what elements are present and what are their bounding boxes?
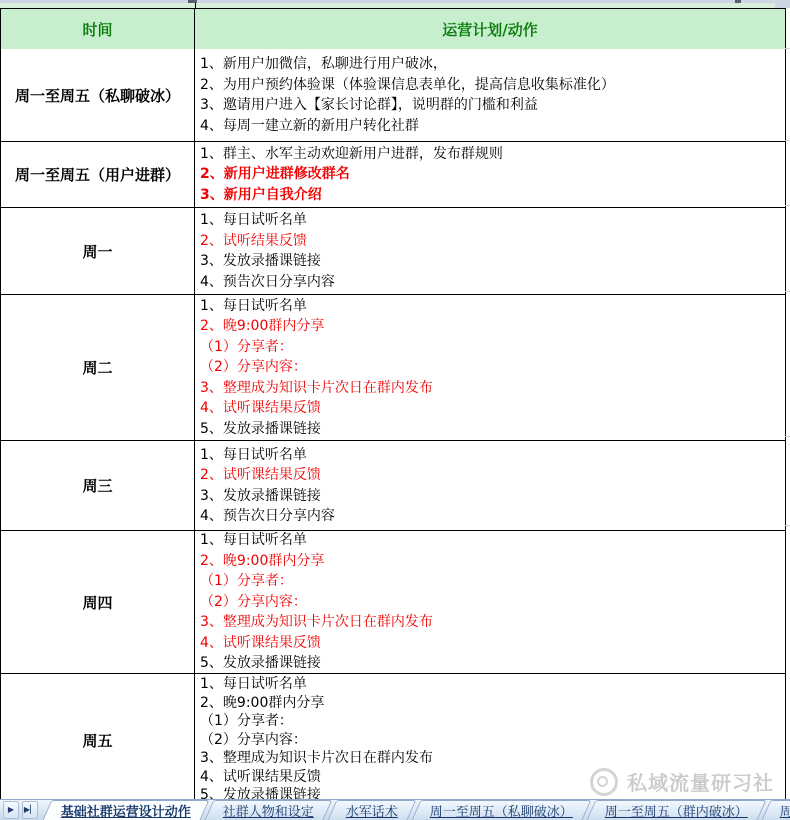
sheet-tab-label: 周一至周五（私聊破冰）	[430, 801, 573, 820]
time-cell[interactable]: 周四	[1, 531, 195, 673]
sheet-tab-label: 周一至周五（群内破冰）	[605, 801, 748, 820]
spreadsheet-top-edge	[0, 0, 790, 8]
plan-line: 2、为用户预约体验课（体验课信息表单化，提高信息收集标准化）	[200, 75, 781, 96]
swirl-logo-icon	[590, 768, 618, 796]
header-cell-plan[interactable]: 运营计划/动作	[195, 9, 785, 49]
gridline-tick	[785, 525, 790, 526]
plan-line: 3、发放录播课链接	[200, 486, 781, 507]
gridline-tick	[785, 140, 790, 141]
time-cell[interactable]: 周三	[1, 441, 195, 530]
plan-line: 5、发放录播课链接	[200, 653, 781, 673]
plan-line: 2、试听结果反馈	[200, 231, 781, 252]
gridline-tick	[785, 291, 790, 292]
plan-cell[interactable]: 1、每日试听名单2、晚9:00群内分享（1）分享者：（2）分享内容：3、整理成为…	[195, 531, 785, 673]
plan-cell[interactable]: 1、新用户加微信，私聊进行用户破冰，2、为用户预约体验课（体验课信息表单化，提高…	[195, 49, 785, 141]
plan-line: 4、预告次日分享内容	[200, 272, 781, 293]
sheet-tab[interactable]: 周一至周五（群内破冰）	[587, 800, 767, 820]
plan-line: 4、试听课结果反馈	[200, 398, 781, 419]
top-gray-band	[0, 0, 790, 3]
plan-line: 3、整理成为知识卡片次日在群内发布	[200, 749, 781, 768]
plan-line: 1、每日试听名单	[200, 531, 781, 551]
last-sheet-icon[interactable]: ▶▏	[22, 801, 38, 819]
gridline-tick	[785, 48, 790, 49]
plan-line: 4、试听课结果反馈	[200, 633, 781, 654]
time-cell[interactable]: 周一至周五（私聊破冰）	[1, 49, 195, 141]
plan-line: 2、新用户进群修改群名	[200, 164, 781, 185]
plan-line: （1）分享者：	[200, 571, 781, 592]
plan-line: 5、发放录播课链接	[200, 419, 781, 440]
watermark-text: 私域流量研习社	[627, 767, 774, 796]
plan-cell[interactable]: 1、每日试听名单2、试听结果反馈3、发放录播课链接4、预告次日分享内容	[195, 208, 785, 294]
sheet-nav-buttons: ▶▶▏	[0, 800, 43, 820]
plan-line: （1）分享者：	[200, 337, 781, 358]
schedule-table: 时间 运营计划/动作 周一至周五（私聊破冰）1、新用户加微信，私聊进行用户破冰，…	[0, 8, 786, 807]
clipped-text-mark	[188, 0, 197, 3]
gridline-tick	[785, 205, 790, 206]
table-row: 周三1、每日试听名单2、试听课结果反馈3、发放录播课链接4、预告次日分享内容	[1, 440, 785, 530]
plan-cell[interactable]: 1、每日试听名单2、晚9:00群内分享（1）分享者：（2）分享内容：3、整理成为…	[195, 295, 785, 440]
plan-line: 3、邀请用户进入【家长讨论群】，说明群的门槛和利益	[200, 95, 781, 116]
sheet-tab[interactable]: 基础社群运营设计动作	[43, 800, 210, 820]
plan-line: 1、新用户加微信，私聊进行用户破冰，	[200, 54, 781, 75]
plan-line: 1、每日试听名单	[200, 445, 781, 466]
next-sheet-icon[interactable]: ▶	[3, 801, 19, 819]
plan-line: （1）分享者：	[200, 712, 781, 731]
table-row: 周四1、每日试听名单2、晚9:00群内分享（1）分享者：（2）分享内容：3、整理…	[1, 530, 785, 673]
sheet-tab-bar: ▶▶▏ 基础社群运营设计动作社群人物和设定水军话术周一至周五（私聊破冰）周一至周…	[0, 799, 790, 820]
plan-line: 1、每日试听名单	[200, 675, 781, 694]
table-row: 周一至周五（私聊破冰）1、新用户加微信，私聊进行用户破冰，2、为用户预约体验课（…	[1, 49, 785, 141]
sheet-tab[interactable]: 周一	[762, 800, 790, 820]
sheet-tab[interactable]: 社群人物和设定	[205, 800, 333, 820]
plan-line: （2）分享内容：	[200, 357, 781, 378]
time-cell[interactable]: 周一至周五（用户进群）	[1, 142, 195, 207]
table-row: 周一至周五（用户进群）1、群主、水军主动欢迎新用户进群，发布群规则2、新用户进群…	[1, 141, 785, 207]
plan-line: 3、整理成为知识卡片次日在群内发布	[200, 378, 781, 399]
plan-cell[interactable]: 1、每日试听名单2、试听课结果反馈3、发放录播课链接4、预告次日分享内容	[195, 441, 785, 530]
table-row: 周一1、每日试听名单2、试听结果反馈3、发放录播课链接4、预告次日分享内容	[1, 207, 785, 294]
header-cell-time[interactable]: 时间	[1, 9, 195, 49]
table-header-row: 时间 运营计划/动作	[1, 9, 785, 49]
time-cell[interactable]: 周一	[1, 208, 195, 294]
plan-line: 2、试听课结果反馈	[200, 465, 781, 486]
plan-line: 4、每周一建立新的新用户转化社群	[200, 116, 781, 137]
plan-line: 3、整理成为知识卡片次日在群内发布	[200, 612, 781, 633]
plan-line: （2）分享内容：	[200, 592, 781, 613]
sheet-tab-label: 社群人物和设定	[223, 801, 314, 820]
schedule-table-body: 周一至周五（私聊破冰）1、新用户加微信，私聊进行用户破冰，2、为用户预约体验课（…	[1, 49, 785, 806]
plan-line: 1、群主、水军主动欢迎新用户进群，发布群规则	[200, 144, 781, 165]
sheet-tab-label: 水军话术	[346, 801, 398, 820]
sheet-tab-label: 基础社群运营设计动作	[61, 801, 191, 820]
plan-line: 3、发放录播课链接	[200, 251, 781, 272]
plan-line: 2、晚9:00群内分享	[200, 551, 781, 572]
sheet-tab-label: 周一	[780, 801, 790, 820]
plan-line: （2）分享内容：	[200, 731, 781, 750]
plan-line: 1、每日试听名单	[200, 296, 781, 317]
gridline-tick	[785, 436, 790, 437]
plan-line: 3、新用户自我介绍	[200, 185, 781, 206]
plan-line: 1、每日试听名单	[200, 210, 781, 231]
clipped-text-mark	[735, 0, 741, 3]
time-cell[interactable]: 周五	[1, 674, 195, 806]
table-row: 周二1、每日试听名单2、晚9:00群内分享（1）分享者：（2）分享内容：3、整理…	[1, 294, 785, 440]
plan-line: 2、晚9:00群内分享	[200, 316, 781, 337]
sheet-tab[interactable]: 周一至周五（私聊破冰）	[412, 800, 592, 820]
plan-cell[interactable]: 1、群主、水军主动欢迎新用户进群，发布群规则2、新用户进群修改群名3、新用户自我…	[195, 142, 785, 207]
watermark: 私域流量研习社	[590, 767, 774, 796]
plan-line: 4、预告次日分享内容	[200, 506, 781, 527]
spreadsheet-view: 时间 运营计划/动作 周一至周五（私聊破冰）1、新用户加微信，私聊进行用户破冰，…	[0, 0, 790, 820]
sheet-tabs: 基础社群运营设计动作社群人物和设定水军话术周一至周五（私聊破冰）周一至周五（群内…	[43, 800, 790, 820]
top-corner-block	[775, 0, 790, 8]
sheet-tab[interactable]: 水军话术	[328, 800, 417, 820]
plan-line: 2、晚9:00群内分享	[200, 694, 781, 713]
time-cell[interactable]: 周二	[1, 295, 195, 440]
